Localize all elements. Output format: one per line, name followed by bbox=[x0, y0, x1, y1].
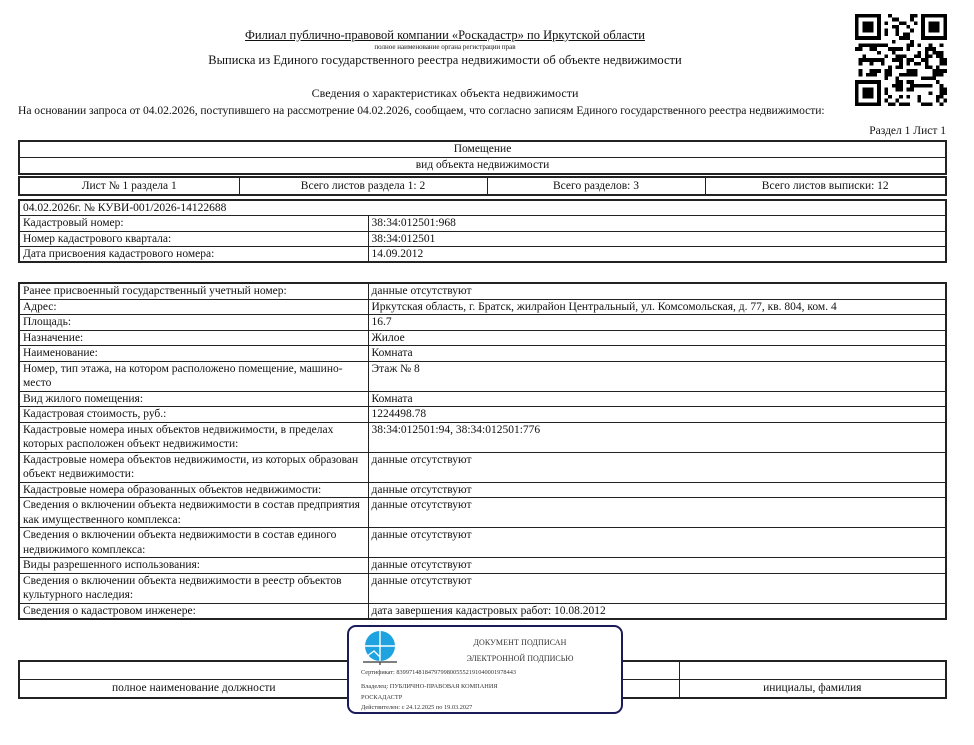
table-row: Кадастровый номер:38:34:012501:968 bbox=[19, 216, 946, 232]
row-value: Комната bbox=[368, 391, 946, 407]
total-sheets-section: Всего листов раздела 1: 2 bbox=[239, 177, 487, 195]
total-sections: Всего разделов: 3 bbox=[487, 177, 705, 195]
stamp-title-line2: ЭЛЕКТРОННОЙ ПОДПИСЬЮ bbox=[419, 654, 621, 663]
qr-code-icon bbox=[855, 14, 947, 106]
row-label: Кадастровый номер: bbox=[19, 216, 368, 232]
row-label: Номер кадастрового квартала: bbox=[19, 231, 368, 247]
row-value: 38:34:012501 bbox=[368, 231, 946, 247]
identification-table: 04.02.2026г. № КУВИ-001/2026-14122688 Ка… bbox=[18, 199, 947, 263]
intro-text: На основании запроса от 04.02.2026, пост… bbox=[18, 104, 825, 117]
table-row: Кадастровые номера образованных объектов… bbox=[19, 482, 946, 498]
row-value: данные отсутствуют bbox=[368, 283, 946, 299]
row-label: Виды разрешенного использования: bbox=[19, 558, 368, 574]
table-row: Дата присвоения кадастрового номера:14.0… bbox=[19, 247, 946, 263]
table-row: Сведения о включении объекта недвижимост… bbox=[19, 528, 946, 558]
row-label: Вид жилого помещения: bbox=[19, 391, 368, 407]
row-label: Площадь: bbox=[19, 315, 368, 331]
table-row: Сведения о кадастровом инженере:дата зав… bbox=[19, 603, 946, 619]
table-row: Сведения о включении объекта недвижимост… bbox=[19, 573, 946, 603]
extract-title: Выписка из Единого государственного реес… bbox=[0, 53, 890, 68]
characteristics-table: Ранее присвоенный государственный учетны… bbox=[18, 282, 947, 620]
row-value: данные отсутствуют bbox=[368, 573, 946, 603]
stamp-title-line1: ДОКУМЕНТ ПОДПИСАН bbox=[419, 638, 621, 647]
row-label: Сведения о включении объекта недвижимост… bbox=[19, 573, 368, 603]
row-value: Этаж № 8 bbox=[368, 361, 946, 391]
row-label: Дата присвоения кадастрового номера: bbox=[19, 247, 368, 263]
table-row: Вид жилого помещения:Комната bbox=[19, 391, 946, 407]
row-label: Номер, тип этажа, на котором расположено… bbox=[19, 361, 368, 391]
row-value: 1224498.78 bbox=[368, 407, 946, 423]
table-row: Наименование:Комната bbox=[19, 346, 946, 362]
organization-title: Филиал публично-правовой компании «Роска… bbox=[0, 28, 890, 43]
stamp-validity: Действителен: с 24.12.2025 по 19.03.2027 bbox=[361, 704, 472, 711]
row-label: Сведения о кадастровом инженере: bbox=[19, 603, 368, 619]
row-label: Кадастровые номера образованных объектов… bbox=[19, 482, 368, 498]
organization-caption: полное наименование органа регистрации п… bbox=[0, 43, 890, 51]
object-kind-value: Помещение bbox=[19, 141, 946, 158]
row-label: Назначение: bbox=[19, 330, 368, 346]
stamp-owner: Владелец: ПУБЛИЧНО-ПРАВОВАЯ КОМПАНИЯ bbox=[361, 683, 498, 690]
section-title: Сведения о характеристиках объекта недви… bbox=[0, 86, 890, 101]
row-value: данные отсутствуют bbox=[368, 528, 946, 558]
row-value: данные отсутствуют bbox=[368, 558, 946, 574]
table-row: Ранее присвоенный государственный учетны… bbox=[19, 283, 946, 299]
total-sheets-extract: Всего листов выписки: 12 bbox=[705, 177, 946, 195]
row-value: Комната bbox=[368, 346, 946, 362]
row-value: данные отсутствуют bbox=[368, 482, 946, 498]
document-number: 04.02.2026г. № КУВИ-001/2026-14122688 bbox=[19, 200, 946, 216]
row-label: Кадастровые номера объектов недвижимости… bbox=[19, 452, 368, 482]
electronic-signature-stamp: ДОКУМЕНТ ПОДПИСАН ЭЛЕКТРОННОЙ ПОДПИСЬЮ С… bbox=[347, 625, 623, 714]
object-kind-caption: вид объекта недвижимости bbox=[19, 158, 946, 175]
name-field bbox=[679, 661, 946, 679]
table-row: Номер, тип этажа, на котором расположено… bbox=[19, 361, 946, 391]
rosreestr-logo-icon bbox=[363, 631, 397, 665]
row-value: Жилое bbox=[368, 330, 946, 346]
table-row: Кадастровая стоимость, руб.:1224498.78 bbox=[19, 407, 946, 423]
sheets-info-table: Лист № 1 раздела 1 Всего листов раздела … bbox=[18, 176, 947, 196]
row-label: Кадастровая стоимость, руб.: bbox=[19, 407, 368, 423]
table-row: Виды разрешенного использования:данные о… bbox=[19, 558, 946, 574]
row-label: Наименование: bbox=[19, 346, 368, 362]
row-label: Сведения о включении объекта недвижимост… bbox=[19, 528, 368, 558]
row-label: Кадастровые номера иных объектов недвижи… bbox=[19, 422, 368, 452]
sheet-label: Раздел 1 Лист 1 bbox=[869, 125, 946, 137]
table-row: Площадь:16.7 bbox=[19, 315, 946, 331]
table-row: Адрес:Иркутская область, г. Братск, жилр… bbox=[19, 299, 946, 315]
stamp-certificate: Сертификат: 8399714818479799800555219104… bbox=[361, 669, 516, 676]
row-value: Иркутская область, г. Братск, жилрайон Ц… bbox=[368, 299, 946, 315]
table-row: Кадастровые номера иных объектов недвижи… bbox=[19, 422, 946, 452]
row-value: 38:34:012501:968 bbox=[368, 216, 946, 232]
table-row: Назначение:Жилое bbox=[19, 330, 946, 346]
row-value: данные отсутствуют bbox=[368, 498, 946, 528]
stamp-owner-name: РОСКАДАСТР bbox=[361, 694, 402, 701]
row-label: Адрес: bbox=[19, 299, 368, 315]
name-caption: инициалы, фамилия bbox=[679, 679, 946, 698]
object-kind-table: Помещение вид объекта недвижимости bbox=[18, 140, 947, 175]
row-value: 14.09.2012 bbox=[368, 247, 946, 263]
row-value: дата завершения кадастровых работ: 10.08… bbox=[368, 603, 946, 619]
table-row: Сведения о включении объекта недвижимост… bbox=[19, 498, 946, 528]
row-value: данные отсутствуют bbox=[368, 452, 946, 482]
row-label: Ранее присвоенный государственный учетны… bbox=[19, 283, 368, 299]
sheet-of-section: Лист № 1 раздела 1 bbox=[19, 177, 239, 195]
table-row: Кадастровые номера объектов недвижимости… bbox=[19, 452, 946, 482]
table-row: Номер кадастрового квартала:38:34:012501 bbox=[19, 231, 946, 247]
row-label: Сведения о включении объекта недвижимост… bbox=[19, 498, 368, 528]
row-value: 16.7 bbox=[368, 315, 946, 331]
row-value: 38:34:012501:94, 38:34:012501:776 bbox=[368, 422, 946, 452]
